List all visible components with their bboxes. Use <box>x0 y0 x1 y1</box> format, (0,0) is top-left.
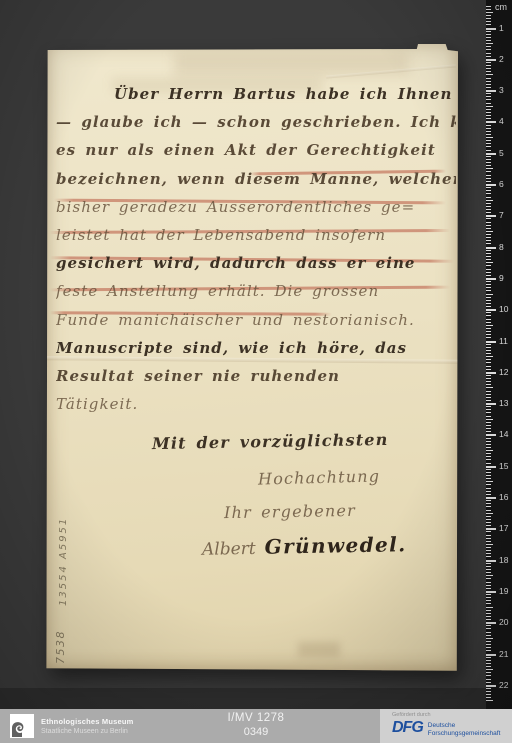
ruler-tick <box>486 582 491 583</box>
ruler-tick <box>486 53 491 54</box>
ruler-tick <box>486 431 491 432</box>
museum-subtitle: Staatliche Museen zu Berlin <box>41 728 134 735</box>
ruler-tick <box>486 466 496 468</box>
ruler-tick <box>486 675 491 676</box>
paper-stain <box>298 642 340 657</box>
ruler-tick <box>486 516 491 517</box>
ruler-cm-label: 9 <box>499 273 504 283</box>
ruler-cm-label: 16 <box>499 492 508 502</box>
ruler-tick <box>486 31 491 32</box>
letter-line: bezeichnen, wenn diesem Manne, welcher <box>56 165 456 193</box>
ruler-tick <box>486 616 491 617</box>
ruler-tick <box>486 588 491 589</box>
ruler-tick <box>486 15 491 16</box>
ruler-tick <box>486 9 491 10</box>
ruler-tick <box>486 434 496 436</box>
ruler-tick <box>486 275 491 276</box>
ruler-tick <box>486 56 491 57</box>
ruler-tick <box>486 68 491 69</box>
inventory-number: I/MV 1278 <box>228 712 285 724</box>
ruler-tick <box>486 259 491 260</box>
ruler-tick <box>486 594 491 595</box>
ruler-tick <box>486 369 491 370</box>
ruler-tick <box>486 287 491 288</box>
ruler-tick <box>486 553 491 554</box>
ruler-tick <box>486 406 491 407</box>
ruler-tick <box>486 650 491 651</box>
ruler-tick <box>486 550 491 551</box>
dfg-logo: DFG <box>392 720 423 736</box>
ruler-tick <box>486 409 491 410</box>
ruler-tick <box>486 622 496 624</box>
ruler-tick <box>486 168 493 169</box>
letter-line: gesichert wird, dadurch dass er eine <box>56 249 456 277</box>
ruler-tick <box>486 510 491 511</box>
ruler-tick <box>486 503 491 504</box>
ruler-cm-label: 19 <box>499 586 508 596</box>
ruler-tick <box>486 159 491 160</box>
signature: AlbertGrünwedel. <box>202 532 407 560</box>
ruler-tick <box>486 269 491 270</box>
ruler-tick <box>486 475 491 476</box>
ruler-tick <box>486 463 491 464</box>
ruler-tick <box>486 422 491 423</box>
ruler-cm-label: 3 <box>499 85 504 95</box>
ruler-tick <box>486 513 493 514</box>
ruler-tick <box>486 153 496 155</box>
ruler-tick <box>486 281 491 282</box>
ruler-tick <box>486 444 491 445</box>
ruler-tick <box>486 535 491 536</box>
ruler-tick <box>486 362 491 363</box>
ruler-cm-label: 1 <box>499 23 504 33</box>
ruler-tick <box>486 265 491 266</box>
letter-line: feste Anstellung erhält. Die grossen <box>56 277 456 305</box>
ruler-tick <box>486 6 491 7</box>
ruler-tick <box>486 112 491 113</box>
ruler-tick <box>486 337 491 338</box>
ruler-tick <box>486 328 491 329</box>
scan-photo-area: Über Herrn Bartus habe ich Ihnen— glaube… <box>0 0 512 709</box>
ruler-tick <box>486 284 491 285</box>
ruler-tick <box>486 425 491 426</box>
ruler-tick <box>486 143 491 144</box>
ruler-tick <box>486 247 496 249</box>
ruler-tick <box>486 206 491 207</box>
ruler-cm-label: 12 <box>499 367 508 377</box>
ruler-tick <box>486 660 491 661</box>
ruler-tick <box>486 607 493 608</box>
ruler-tick <box>486 447 491 448</box>
dfg-name: Deutsche Forschungsgemeinschaft <box>428 720 501 737</box>
signature-first-name: Albert <box>202 539 256 560</box>
ruler-tick <box>486 472 491 473</box>
ruler-tick <box>486 522 491 523</box>
ruler-tick <box>486 256 491 257</box>
ruler-tick <box>486 378 491 379</box>
ruler-cm-label: 22 <box>499 680 508 690</box>
ruler-tick <box>486 657 491 658</box>
ruler-tick <box>486 628 491 629</box>
ruler-tick <box>486 253 491 254</box>
ruler-tick <box>486 578 491 579</box>
ruler-tick <box>486 491 491 492</box>
ruler-tick <box>486 178 491 179</box>
ruler-tick <box>486 597 491 598</box>
museum-branding: Ethnologisches Museum Staatliche Museen … <box>10 714 134 738</box>
ruler-tick <box>486 28 496 30</box>
ruler-tick <box>486 400 491 401</box>
ruler-tick <box>486 619 491 620</box>
ruler-tick <box>486 303 491 304</box>
ruler-tick <box>486 638 493 639</box>
ruler-cm-label: 10 <box>499 304 508 314</box>
ruler-tick <box>486 37 491 38</box>
ruler-tick <box>486 272 491 273</box>
ruler-tick <box>486 234 491 235</box>
ruler-tick <box>486 134 491 135</box>
ruler-cm-label: 5 <box>499 148 504 158</box>
ruler-tick <box>486 146 491 147</box>
ruler-tick <box>486 78 491 79</box>
ruler-cm-label: 6 <box>499 179 504 189</box>
ruler-tick <box>486 262 493 263</box>
ruler-tick <box>486 394 491 395</box>
ruler-tick <box>486 441 491 442</box>
inventory-block: I/MV 1278 0349 <box>228 712 285 738</box>
ruler-tick <box>486 603 491 604</box>
ruler-tick <box>486 697 491 698</box>
ruler-tick <box>486 209 491 210</box>
ruler-tick <box>486 456 491 457</box>
ruler-tick <box>486 416 491 417</box>
ruler-tick <box>486 663 491 664</box>
museum-text: Ethnologisches Museum Staatliche Museen … <box>41 717 134 735</box>
signature-last-name: Grünwedel. <box>264 532 406 558</box>
ruler-tick <box>486 24 491 25</box>
letter-line: leistet hat der Lebensabend insofern <box>56 221 456 249</box>
ruler-tick <box>486 544 493 545</box>
museum-name: Ethnologisches Museum <box>41 717 134 726</box>
ruler-tick <box>486 59 496 61</box>
ruler-tick <box>486 297 491 298</box>
closing-line: Ihr ergebener <box>224 501 356 522</box>
ruler-tick <box>486 375 491 376</box>
ruler-tick <box>486 225 491 226</box>
ruler-tick <box>486 278 496 280</box>
ruler-tick <box>486 353 491 354</box>
ruler-tick <box>486 319 491 320</box>
ruler-cm-label: 14 <box>499 429 508 439</box>
dfg-funded-by-label: Gefördert durch <box>392 712 512 718</box>
ruler-tick <box>486 96 491 97</box>
ruler-tick <box>486 118 491 119</box>
letter-line: Manuscripte sind, wie ich höre, das <box>56 334 456 362</box>
ruler-cm-label: 8 <box>499 242 504 252</box>
ruler-tick <box>486 12 493 13</box>
ruler-tick <box>486 506 491 507</box>
ruler-tick <box>486 65 491 66</box>
ruler-tick <box>486 347 491 348</box>
wave-curl-icon <box>10 714 34 738</box>
ruler-tick <box>486 115 491 116</box>
ruler-tick <box>486 300 491 301</box>
ruler-tick <box>486 666 491 667</box>
ruler-tick <box>486 46 491 47</box>
ruler-cm-label: 18 <box>499 555 508 565</box>
ruler-tick <box>486 171 491 172</box>
dfg-logo-row: DFG Deutsche Forschungsgemeinschaft <box>392 720 512 737</box>
ruler-cm-label: 21 <box>499 649 508 659</box>
ruler-tick <box>486 93 491 94</box>
ruler-tick <box>486 469 491 470</box>
ruler-tick <box>486 566 491 567</box>
letter-line: Funde manichäischer und nestorianisch. <box>56 306 456 334</box>
letter-line: Resultat seiner nie ruhenden <box>56 362 456 390</box>
ruler-tick <box>486 685 496 687</box>
ruler-tick <box>486 290 491 291</box>
dfg-name-line2: Forschungsgemeinschaft <box>428 730 501 738</box>
ruler-tick <box>486 71 491 72</box>
ruler-unit-label: cm <box>495 2 507 12</box>
ruler-tick <box>486 228 491 229</box>
ruler-tick <box>486 556 491 557</box>
ruler-tick <box>486 121 496 123</box>
letter-page: Über Herrn Bartus habe ich Ihnen— glaube… <box>46 44 458 672</box>
ruler-cm-label: 4 <box>499 116 504 126</box>
ruler-tick <box>486 569 491 570</box>
ruler-tick <box>486 488 491 489</box>
ruler-tick <box>486 309 496 311</box>
ruler-tick <box>486 397 491 398</box>
ruler-tick <box>486 682 491 683</box>
ruler-tick <box>486 184 496 186</box>
ruler-tick <box>486 250 491 251</box>
ruler-tick <box>486 669 493 670</box>
ruler-tick <box>486 694 491 695</box>
ruler-tick <box>486 575 493 576</box>
ruler-tick <box>486 538 491 539</box>
ruler-tick <box>486 49 491 50</box>
ruler-tick <box>486 403 496 405</box>
ruler-tick <box>486 331 491 332</box>
ruler-tick <box>486 356 493 357</box>
ruler-tick <box>486 688 491 689</box>
ruler-tick <box>486 306 491 307</box>
ruler-tick <box>486 84 491 85</box>
ruler-tick <box>486 150 491 151</box>
ruler-tick <box>486 563 491 564</box>
scan-page-number: 0349 <box>228 726 285 738</box>
ruler-tick <box>486 438 491 439</box>
ruler-tick <box>486 99 491 100</box>
letter-line: bisher geradezu Ausserordentliches ge= <box>56 193 456 221</box>
ruler-cm-label: 15 <box>499 461 508 471</box>
ruler-tick <box>486 613 491 614</box>
ruler-tick <box>486 647 491 648</box>
ruler-tick <box>486 109 491 110</box>
ruler-tick <box>486 156 491 157</box>
ruler-tick <box>486 679 491 680</box>
ruler-tick <box>486 528 496 530</box>
ruler-tick <box>486 237 491 238</box>
ruler-tick <box>486 197 491 198</box>
letter-page-wrap: Über Herrn Bartus habe ich Ihnen— glaube… <box>46 44 458 672</box>
archive-scan-view: { "colors":{ "background":"#3a3a3a","pap… <box>0 0 512 743</box>
ruler-tick <box>486 322 491 323</box>
ruler-tick <box>486 610 491 611</box>
ruler-tick <box>486 672 491 673</box>
letter-line: es nur als einen Akt der Gerechtigkeit <box>56 136 456 164</box>
ruler-tick <box>486 87 491 88</box>
ruler-tick <box>486 222 491 223</box>
ruler-tick <box>486 453 491 454</box>
ruler-tick <box>486 128 491 129</box>
ruler-tick <box>486 412 491 413</box>
ruler-tick <box>486 81 491 82</box>
ruler-tick <box>486 344 491 345</box>
ruler-tick <box>486 203 491 204</box>
letter-line: Über Herrn Bartus habe ich Ihnen <box>56 80 456 108</box>
ruler-tick <box>486 391 491 392</box>
ruler-tick <box>486 541 491 542</box>
ruler-cm-label: 2 <box>499 54 504 64</box>
ruler-tick <box>486 384 491 385</box>
ruler-tick <box>486 103 491 104</box>
ruler-tick <box>486 215 496 217</box>
ruler-tick <box>486 625 491 626</box>
ruler-tick <box>486 635 491 636</box>
ruler-tick <box>486 459 491 460</box>
ruler-tick <box>486 644 491 645</box>
ruler-tick <box>486 43 493 44</box>
ruler-tick <box>486 350 491 351</box>
ruler-tick <box>486 494 491 495</box>
pencil-annotation-side: 13554 A5951 <box>58 486 69 606</box>
ruler-tick <box>486 334 491 335</box>
ruler-tick <box>486 90 496 92</box>
ruler-tick <box>486 315 491 316</box>
ruler-tick <box>486 325 493 326</box>
ruler-tick <box>486 187 491 188</box>
ruler-tick <box>486 200 493 201</box>
ruler-tick <box>486 34 491 35</box>
ruler-tick <box>486 190 491 191</box>
ruler-tick <box>486 181 491 182</box>
letter-line: Tätigkeit. <box>56 390 456 418</box>
dfg-panel: Gefördert durch DFG Deutsche Forschungsg… <box>380 709 512 743</box>
ruler-cm-label: 7 <box>499 210 504 220</box>
ruler-tick <box>486 519 491 520</box>
ruler-tick <box>486 243 491 244</box>
ruler-tick <box>486 654 496 656</box>
ruler-tick <box>486 700 493 701</box>
ruler-tick <box>486 125 491 126</box>
letter-body: Über Herrn Bartus habe ich Ihnen— glaube… <box>56 80 456 418</box>
ruler-tick <box>486 74 493 75</box>
ruler: cm 12345678910111213141516171819202122 <box>486 0 512 709</box>
footer-bar: Ethnologisches Museum Staatliche Museen … <box>0 709 512 743</box>
ruler-cm-label: 20 <box>499 617 508 627</box>
ruler-tick <box>486 372 496 374</box>
ruler-tick <box>486 381 491 382</box>
ruler-tick <box>486 240 491 241</box>
ruler-tick <box>486 162 491 163</box>
ruler-tick <box>486 193 491 194</box>
ruler-tick <box>486 500 491 501</box>
ruler-tick <box>486 366 491 367</box>
ruler-tick <box>486 572 491 573</box>
ruler-cm-label: 13 <box>499 398 508 408</box>
ruler-tick <box>486 175 491 176</box>
ruler-cm-label: 11 <box>499 336 508 346</box>
ruler-tick <box>486 600 491 601</box>
ruler-tick <box>486 165 491 166</box>
ruler-tick <box>486 641 491 642</box>
ruler-tick <box>486 212 491 213</box>
ruler-tick <box>486 481 493 482</box>
ruler-tick <box>486 419 493 420</box>
ruler-tick <box>486 294 493 295</box>
ruler-tick <box>486 531 491 532</box>
museum-logo-icon <box>10 714 34 738</box>
ruler-tick <box>486 484 491 485</box>
ruler-tick <box>486 21 491 22</box>
ruler-tick <box>486 478 491 479</box>
ruler-tick <box>486 218 491 219</box>
ruler-tick <box>486 591 496 593</box>
ruler-tick <box>486 312 491 313</box>
ruler-tick <box>486 450 493 451</box>
closing-line: Hochachtung <box>258 466 381 488</box>
ruler-tick <box>486 18 491 19</box>
ruler-tick <box>486 387 493 388</box>
ruler-tick <box>486 632 491 633</box>
ruler-tick <box>486 585 491 586</box>
ruler-tick <box>486 341 496 343</box>
pencil-annotation-number: 7538 <box>54 604 67 664</box>
ruler-tick <box>486 131 491 132</box>
ruler-tick <box>486 525 491 526</box>
ruler-tick <box>486 428 491 429</box>
shadow-strip <box>0 688 512 709</box>
ruler-tick <box>486 547 491 548</box>
ruler-tick <box>486 140 491 141</box>
letter-line: — glaube ich — schon geschrieben. Ich ka… <box>56 108 456 136</box>
ruler-tick <box>486 40 491 41</box>
ruler-tick <box>486 62 491 63</box>
closing-line: Mit der vorzüglichsten <box>152 430 389 453</box>
ruler-tick <box>486 231 493 232</box>
ruler-tick <box>486 691 491 692</box>
ruler-cm-label: 17 <box>499 523 508 533</box>
ruler-tick <box>486 497 496 499</box>
dfg-name-line1: Deutsche <box>428 722 501 730</box>
ruler-tick <box>486 137 493 138</box>
ruler-tick <box>486 359 491 360</box>
ruler-tick <box>486 106 493 107</box>
ruler-tick <box>486 560 496 562</box>
